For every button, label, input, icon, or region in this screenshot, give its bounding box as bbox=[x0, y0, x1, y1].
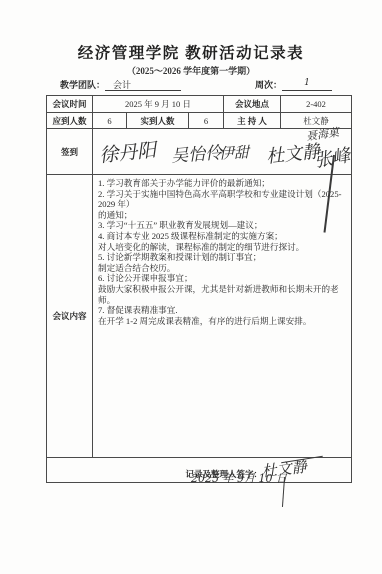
content-line: 在开学 1-2 周完成课表精准，有序的进行后期上课安排。 bbox=[98, 316, 346, 327]
table-row-footer: 记录及整理人签字：杜文静 2025 年 9月 10 日 bbox=[47, 458, 351, 482]
page-title: 经济管理学院 教研活动记录表 bbox=[0, 41, 382, 63]
content-line: 的通知； bbox=[98, 210, 346, 221]
table-row-attendance: 应到人数 6 实到人数 6 主 持 人 杜文静 bbox=[47, 113, 351, 129]
meta-row: 教学团队： 会计 周次： 1 bbox=[60, 78, 332, 91]
content-body: 1. 学习教育部关于办学能力评价的最新通知； 2. 学习关于实施中国特色高水平高… bbox=[93, 175, 351, 457]
record-table: 会议时间 2025 年 9 月 10 日 会议地点 2-402 应到人数 6 实… bbox=[46, 95, 352, 483]
content-label: 会议内容 bbox=[47, 175, 93, 457]
content-line: 鼓励大家积极申报公开课，尤其是针对新进教师和长期未开的老师。 bbox=[98, 284, 346, 305]
signature-1: 徐丹阳 bbox=[98, 135, 158, 168]
meeting-time-value: 2025 年 9 月 10 日 bbox=[93, 96, 224, 112]
meeting-time-label: 会议时间 bbox=[47, 96, 93, 112]
actual-count-value: 6 bbox=[189, 113, 224, 128]
page-subtitle: （2025～2026 学年度第一学期） bbox=[0, 64, 382, 77]
location-label: 会议地点 bbox=[224, 96, 281, 112]
footer-cell: 记录及整理人签字：杜文静 2025 年 9月 10 日 bbox=[47, 458, 351, 482]
content-lines: 1. 学习教育部关于办学能力评价的最新通知； 2. 学习关于实施中国特色高水平高… bbox=[98, 178, 346, 326]
signature-5: 聂海菓 bbox=[305, 124, 340, 144]
record-form-page: 经济管理学院 教研活动记录表 （2025～2026 学年度第一学期） 教学团队：… bbox=[0, 0, 382, 574]
table-row-sign-in: 签到 徐丹阳 吴怡伶 伊甜 杜文静 聂海菓 张峰 bbox=[47, 129, 351, 175]
team-label: 教学团队： bbox=[60, 78, 105, 91]
expected-count-label: 应到人数 bbox=[47, 113, 93, 128]
table-row-meeting-time: 会议时间 2025 年 9 月 10 日 会议地点 2-402 bbox=[47, 96, 351, 113]
week-label: 周次： bbox=[255, 78, 282, 91]
content-line: 制定适合结合校历。 bbox=[98, 263, 346, 274]
content-line: 7. 督促课表精准事宜. bbox=[98, 305, 346, 316]
team-value: 会计 bbox=[105, 78, 181, 91]
content-line: 2. 学习关于实施中国特色高水平高职学校和专业建设计划（2025-2029 年） bbox=[98, 189, 346, 210]
signature-2: 吴怡伶 bbox=[170, 138, 223, 166]
actual-count-label: 实到人数 bbox=[127, 113, 189, 128]
content-line: 4. 商讨本专业 2025 级课程标准制定的实施方案； bbox=[98, 231, 346, 242]
content-line: 5. 讨论新学期教案和授课计划的制订事宜； bbox=[98, 252, 346, 263]
content-line: 对人培变化的解读，课程标准的制定的细节进行探讨。 bbox=[98, 242, 346, 253]
expected-count-value: 6 bbox=[93, 113, 127, 128]
content-line: 6. 讨论公开课申报事宜； bbox=[98, 273, 346, 284]
host-label: 主 持 人 bbox=[224, 113, 281, 128]
location-value: 2-402 bbox=[281, 96, 351, 112]
table-row-content: 会议内容 1. 学习教育部关于办学能力评价的最新通知； 2. 学习关于实施中国特… bbox=[47, 175, 351, 458]
week-value-handwritten: 1 bbox=[282, 78, 332, 91]
sign-in-label: 签到 bbox=[47, 129, 93, 174]
signature-3: 伊甜 bbox=[218, 141, 249, 164]
footer-date-handwritten: 2025 年 9月 10 日 bbox=[191, 470, 287, 486]
content-line: 3. 学习“十五五” 职业教育发展规划—建议； bbox=[98, 220, 346, 231]
content-line: 1. 学习教育部关于办学能力评价的最新通知； bbox=[98, 178, 346, 189]
sign-in-signatures: 徐丹阳 吴怡伶 伊甜 杜文静 聂海菓 张峰 bbox=[93, 129, 351, 174]
